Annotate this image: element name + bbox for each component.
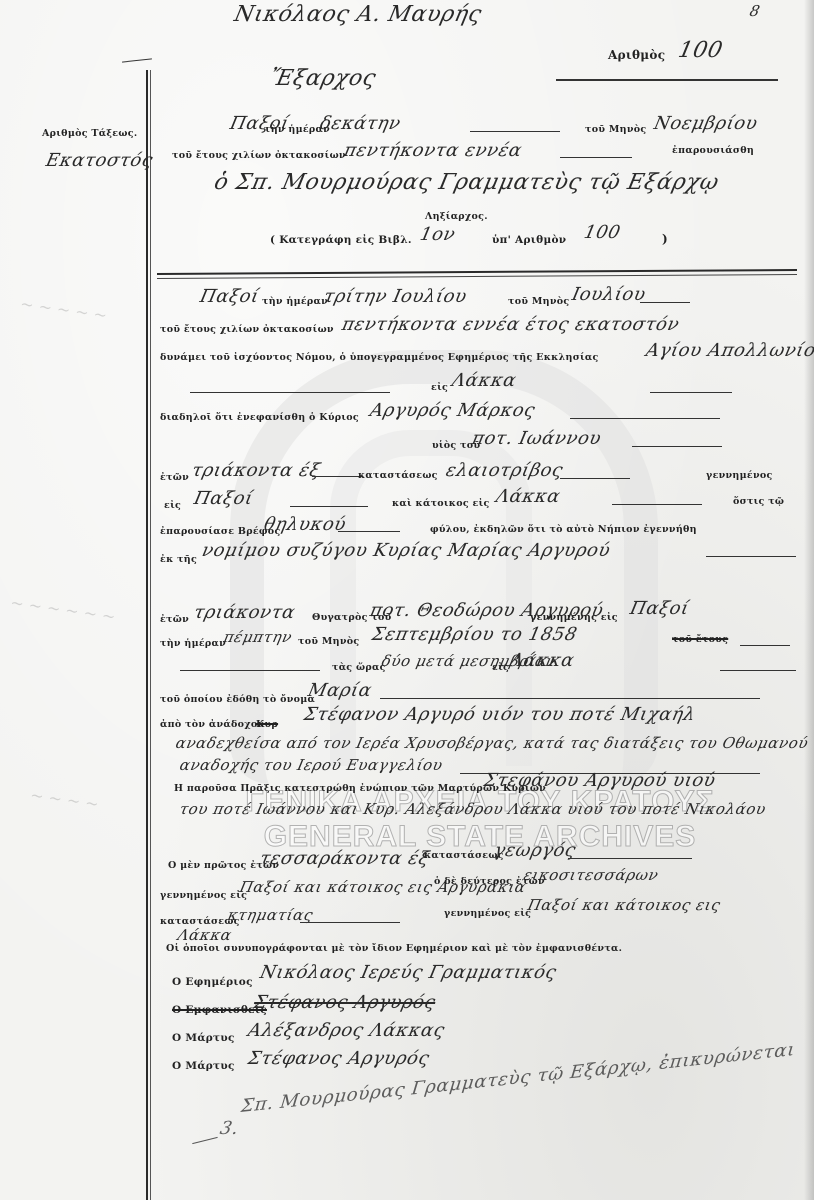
fill-line [338, 531, 400, 532]
year-label: τοῦ ἔτους χιλίων ὀκτακοσίων [172, 150, 346, 161]
first-witness-age: τεσσαράκοντα έξ [258, 848, 432, 869]
church-in-label: εἰς [431, 382, 448, 393]
hour-place: Λάκκα [508, 650, 576, 671]
year-crossed-label: τοῦ ἔτους [672, 634, 728, 645]
month-value: Νοεμβρίου [652, 113, 760, 134]
fill-line [300, 922, 400, 923]
fill-line [650, 392, 732, 393]
born-label: γεννημένος [706, 470, 773, 481]
top-handwritten-name: Νικόλαος Α. Μαυρής [232, 2, 484, 27]
signature-value-witness-2: Στέφανος Αργυρός [246, 1048, 432, 1069]
fill-line [740, 645, 790, 646]
second-born-value: Παξοί και κάτοικος εις [526, 896, 722, 914]
signature-value-witness-1: Αλέξανδρος Λάκκας [246, 1020, 447, 1041]
second-born-label: γεννημένος εἰς [444, 908, 531, 919]
born-f-label: γεννημένης εἰς [530, 612, 618, 623]
mother-born-value: Παξοί [628, 598, 691, 619]
resident-value: Λάκκα [494, 486, 562, 507]
birth-month-value: Σεπτεμβρίου το 1858 [370, 624, 579, 645]
handwritten-note-1: αναδεχθείσα από τον Ιερέα Χρυσοβέργας, κ… [174, 734, 810, 752]
signature-intro: Οἱ ὁποῖοι συνυπογράφονται μὲ τὸν ἴδιον Ε… [166, 943, 622, 954]
father-name: ποτ. Ιωάννου [470, 428, 603, 449]
fill-line [612, 504, 702, 505]
second-witness-age: εικοσιτεσσάρων [522, 866, 660, 884]
fill-line [190, 392, 390, 393]
order-number-label: Αριθμὸς Τάξεως. [42, 128, 137, 139]
page-edge-shadow [804, 0, 814, 1200]
signature-label-priest: Ο Εφημέριος [172, 976, 253, 988]
record-place: Παξοί [198, 286, 261, 307]
fill-line [560, 478, 630, 479]
left-border-line [146, 70, 148, 1200]
record-day-label: τὴν ἡμέραν [262, 296, 328, 307]
watermark-english: GENERAL STATE ARCHIVES [160, 820, 800, 854]
occupation-value: ελαιοτρίβος [444, 460, 565, 481]
second-residence: Λάκκα [176, 926, 234, 944]
record-month-label: τοῦ Μηνὸς [508, 296, 569, 307]
godparent-crossed: Κυρ [256, 719, 278, 730]
book-value: 1ον [418, 224, 458, 245]
record-year-label: τοῦ ἔτους χιλίων ὀκτακοσίων [160, 324, 334, 335]
signature-value-declarant: Στέφανος Αργυρός [252, 992, 438, 1013]
law-text: δυνάμει τοῦ ἰσχύοντος Νόμου, ὁ ὑπογεγραμ… [160, 352, 599, 363]
signature-label-witness-2: Ο Μάρτυς [172, 1060, 235, 1072]
given-name: Μαρία [306, 680, 374, 701]
appeared-label: ἐπαρουσιάσθη [672, 145, 754, 156]
fill-line [560, 157, 632, 158]
hour-in-label: εἰς [492, 662, 509, 673]
record-year-value: πεντήκοντα εννέα έτος εκατοστόν [340, 314, 681, 335]
declares-label: διαδηλοῖ ὅτι ἐνεφανίσθη ὁ Κύριος [160, 412, 359, 423]
month-label: τοῦ Μηνὸς [585, 124, 646, 135]
godparent-value: Στέφανον Αργυρό υιόν του ποτέ Μιχαήλ [302, 704, 698, 725]
mother-value: νομίμου συζύγου Κυρίας Μαρίας Αργυρού [200, 540, 612, 561]
resident-label: καὶ κάτοικος εἰς [392, 498, 490, 509]
fill-line [290, 506, 368, 507]
occupation-label: καταστάσεως [358, 470, 438, 481]
mother-age-label: ἐτῶν [160, 614, 189, 625]
fill-line [720, 670, 796, 671]
from-label: ἐκ τῆς [160, 554, 197, 565]
registry-number-value: 100 [582, 222, 623, 243]
sex-value: θηλυκού [262, 514, 348, 535]
day-value: δεκάτην [318, 113, 403, 134]
godparent-label: ἀπὸ τὸν ἀνάδοχον [160, 719, 264, 730]
name-label: τοῦ ὁποίου ἐδόθη τὸ ὄνομα [160, 694, 315, 705]
signature-value-priest: Νικόλαος Ιερεύς Γραμματικός [258, 962, 559, 983]
fill-line [568, 858, 692, 859]
left-border-line-inner [150, 70, 151, 1200]
witnesses-value-2: του ποτέ Ιωάννου και Κυρ. Αλεξάνδρου Λάκ… [178, 800, 768, 818]
who-label: ὅστις τῷ [733, 496, 784, 507]
fill-line [632, 446, 722, 447]
church-location: Λάκκα [450, 370, 518, 391]
fill-line [180, 670, 320, 671]
year-value: πεντήκοντα εννέα [342, 140, 524, 161]
fill-line [570, 418, 720, 419]
hour-label: τὰς ὥρας [332, 662, 386, 673]
born-in-label: εἰς [164, 500, 181, 511]
header-rule [556, 79, 778, 81]
number-value: 100 [676, 38, 725, 63]
signature-label-witness-1: Ο Μάρτυς [172, 1032, 235, 1044]
age-value: τριάκοντα έξ [190, 460, 322, 481]
registrar-title: Ληξίαρχος. [425, 211, 488, 222]
number-label: Αριθμὸς [608, 48, 665, 62]
record-month-value: Ιουλίου [570, 284, 648, 305]
handwritten-subtitle: Ἔξαρχος [268, 66, 379, 91]
registry-number-label: ὑπ' Αριθμὸν [492, 234, 566, 246]
birth-day-label: τὴν ἡμέραν [160, 638, 226, 649]
fill-line [640, 302, 690, 303]
declarant-name: Αργυρός Μάρκος [368, 400, 537, 421]
order-number-value: Εκατοστός [44, 150, 155, 171]
first-witness-occupation: γεωργός [492, 840, 578, 861]
fill-line [380, 698, 760, 699]
fill-line [706, 556, 796, 557]
mother-age-value: τριάκοντα [192, 602, 297, 623]
born-in-value: Παξοί [192, 488, 255, 509]
sex-label: φύλου, ἐκδηλῶν ὅτι τὸ αὐτὸ Νήπιον ἐγεννή… [430, 524, 697, 535]
record-day-value: τρίτην Ιουλίου [322, 286, 469, 307]
fill-line [470, 131, 560, 132]
handwritten-note-2: αναδοχής του Ιερού Ευαγγελίου [178, 756, 445, 774]
age-label: ἐτῶν [160, 472, 189, 483]
first-born-label: γεννημένος εἰς [160, 890, 247, 901]
registrar-name: ὁ Σπ. Μουρμούρας Γραμματεὺς τῷ Εξάρχῳ [212, 170, 721, 195]
church-value: Αγίου Απολλωνίου [644, 340, 814, 361]
recorded-label: ( Κατεγράφη εἰς Βιβλ. [270, 234, 412, 246]
birth-day-value: πέμπτην [222, 628, 294, 646]
birth-month-label: τοῦ Μηνὸς [298, 636, 359, 647]
closing-paren: ) [662, 232, 668, 246]
witnesses-value-1: Στεφάνου Αργυρού υιού [482, 770, 718, 791]
fill-line [312, 476, 362, 477]
